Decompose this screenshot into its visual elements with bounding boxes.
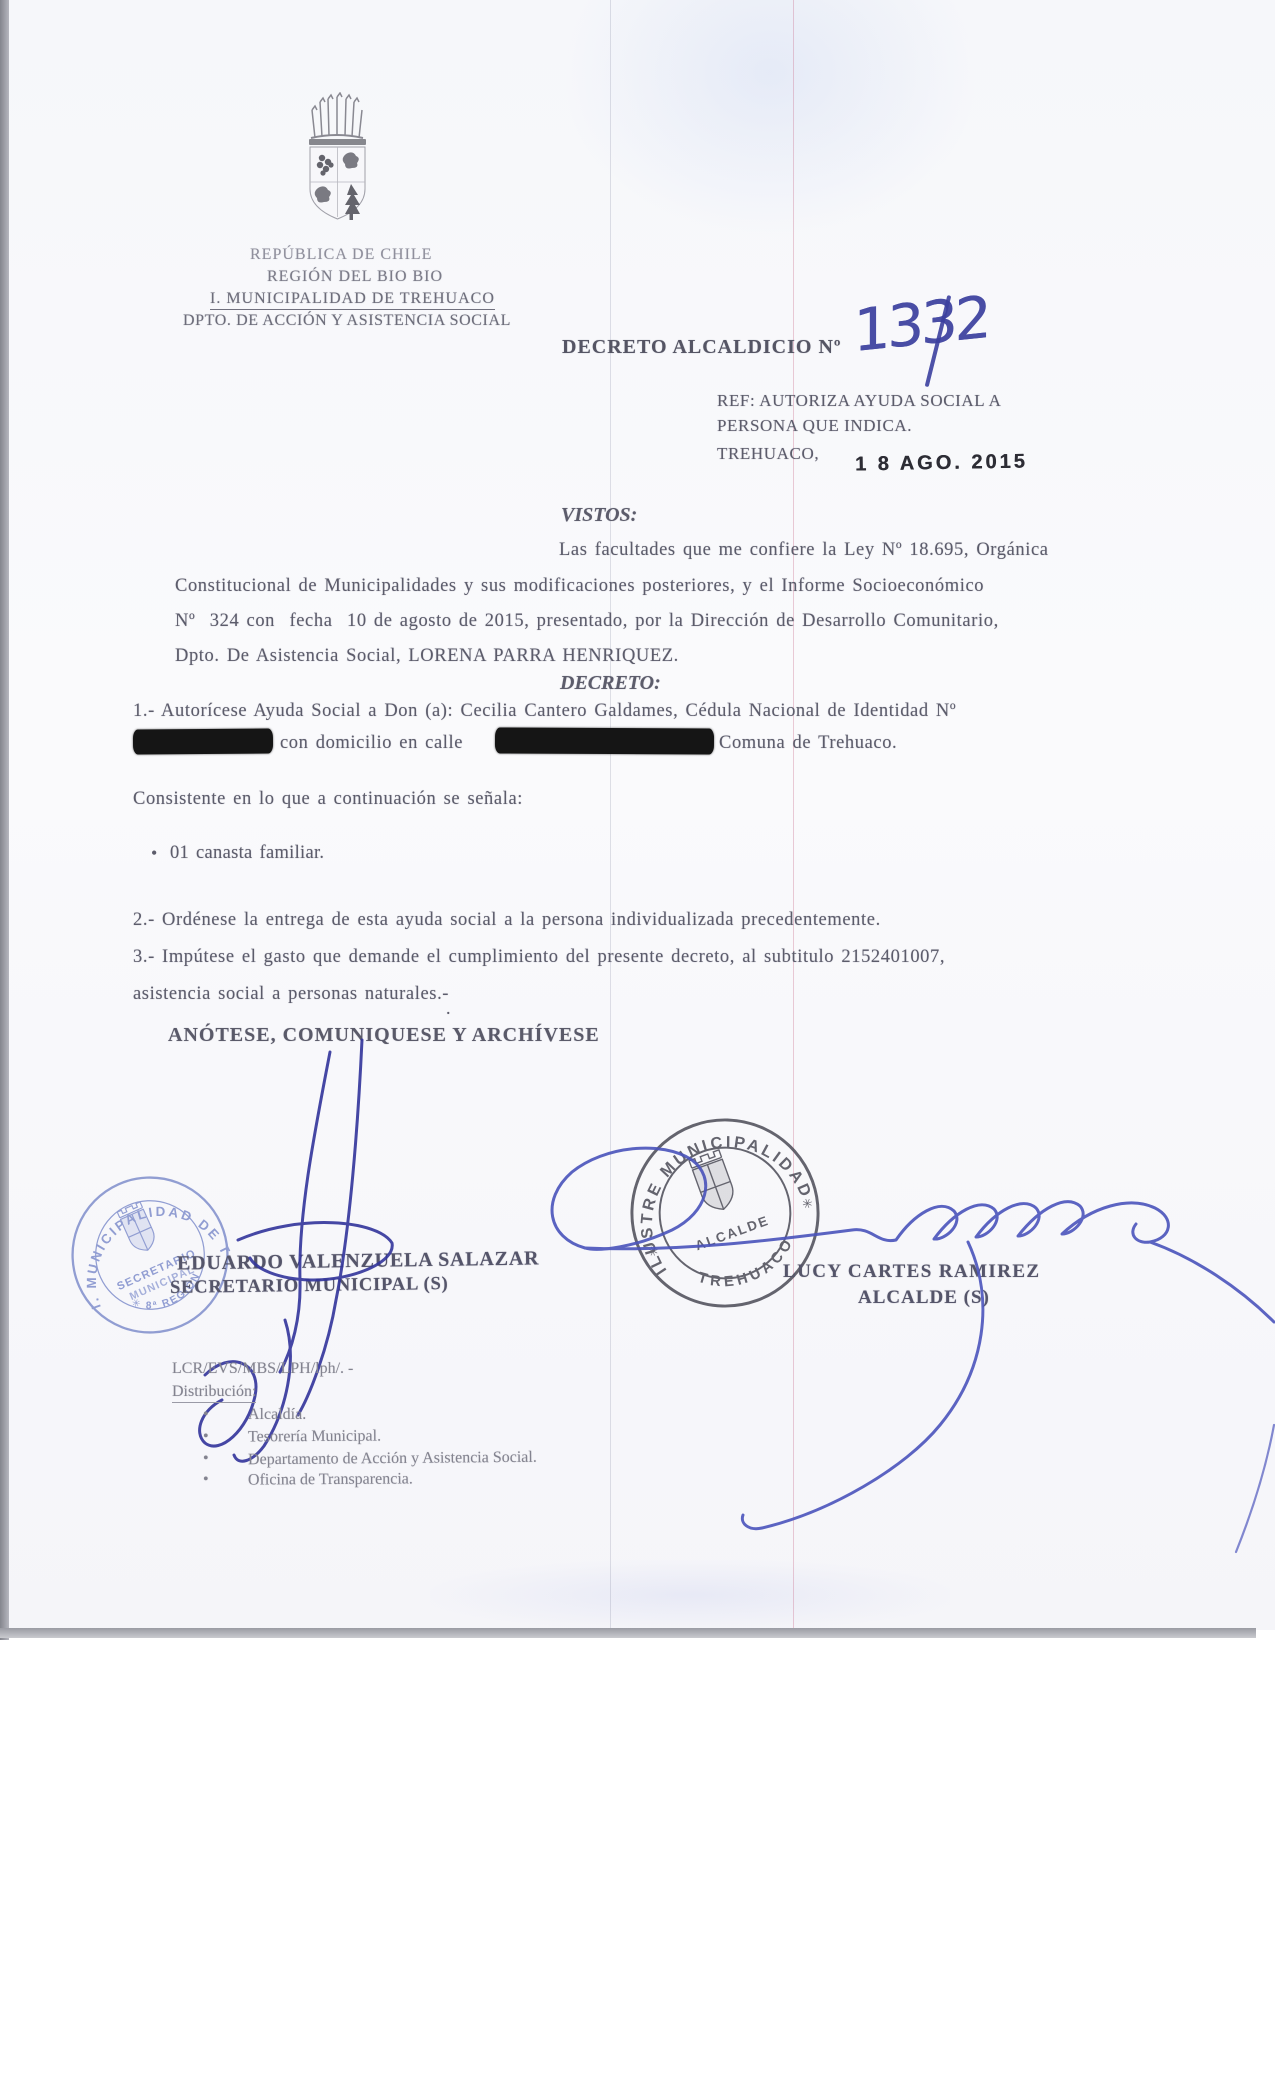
decreto-item1-line2-mid: con domicilio en calle (280, 733, 463, 754)
right-stamp-center-text: ALCALDE (693, 1213, 771, 1254)
letterhead-line4: DPTO. DE ACCIÓN Y ASISTENCIA SOCIAL (183, 312, 511, 330)
bullet-dot: • (203, 1471, 209, 1489)
bullet-dot: • (203, 1406, 209, 1424)
ref-line2: PERSONA QUE INDICA. (717, 416, 912, 436)
right-signature-strokes (552, 1148, 1274, 1552)
right-signer-role: ALCALDE (S) (858, 1287, 990, 1309)
decreto-item3-line1: 3.- Impútese el gasto que demande el cum… (133, 947, 945, 968)
redacted-address (495, 727, 714, 754)
fold-line-gray (610, 0, 611, 1630)
decree-title: DECRETO ALCALDICIO Nº (562, 336, 842, 359)
scan-artifact-mid (430, 1560, 950, 1630)
fold-line-pink (793, 0, 794, 1630)
decreto-item1-line1: 1.- Autorícese Ayuda Social a Don (a): C… (133, 701, 956, 722)
letterhead-line1: REPÚBLICA DE CHILE (250, 246, 432, 264)
vistos-line-3: Nº 324 con fecha 10 de agosto de 2015, p… (175, 611, 999, 632)
vistos-heading: VISTOS: (561, 504, 637, 527)
distribution-heading: Distribución: (172, 1383, 256, 1403)
vistos-line-1: Las facultades que me confiere la Ley Nº… (559, 540, 1049, 561)
handwritten-signatures (0, 1020, 1275, 1580)
left-stamp-bottom-text: ✳ 8ª REGIÓN ✳ (32, 1149, 212, 1345)
decreto-item1-line2-end: Comuna de Trehuaco. (719, 733, 897, 754)
coat-of-arms-icon (297, 92, 385, 234)
bullet-dot: • (203, 1450, 209, 1468)
left-signer-role: SECRETARIO MUNICIPAL (S) (170, 1274, 449, 1299)
decreto-item3-line2: asistencia social a personas naturales.- (133, 984, 449, 1005)
scanned-page: REPÚBLICA DE CHILE REGIÓN DEL BIO BIO I.… (0, 0, 1275, 1630)
bullet-dot: • (203, 1428, 209, 1446)
scan-background: REPÚBLICA DE CHILE REGIÓN DEL BIO BIO I.… (0, 0, 1275, 2100)
closing-line: ANÓTESE, COMUNIQUESE Y ARCHÍVESE (168, 1024, 600, 1047)
scan-artifact-top (560, 0, 980, 240)
left-signer-name: EDUARDO VALENZUELA SALAZAR (177, 1247, 540, 1275)
ref-line1: REF: AUTORIZA AYUDA SOCIAL A (717, 391, 1001, 411)
letterhead-line3: I. MUNICIPALIDAD DE TREHUACO (210, 290, 495, 310)
scan-bottom-shadow (0, 1628, 1256, 1638)
right-stamp-top-text: ILUSTRE MUNICIPALIDAD (612, 1107, 824, 1279)
decreto-item2: 2.- Ordénese la entrega de esta ayuda so… (133, 910, 881, 931)
vistos-line-2: Constitucional de Municipalidades y sus … (175, 576, 984, 597)
distribution-item-1: Alcaldía. (248, 1406, 306, 1424)
scan-left-edge (0, 0, 9, 1640)
right-signer-name: LUCY CARTES RAMIREZ (783, 1261, 1040, 1283)
stray-dot: . (446, 998, 451, 1019)
handwritten-decree-number: 1332 (853, 283, 988, 366)
decreto-heading: DECRETO: (560, 672, 661, 695)
svg-text:ILUSTRE MUNICIPALIDAD: ILUSTRE MUNICIPALIDAD (612, 1107, 824, 1279)
footer-initials: LCR/EVS/MBS/LPH/lph/. - (172, 1360, 353, 1378)
distribution-item-4: Oficina de Transparencia. (248, 1470, 413, 1489)
redacted-id-number (133, 729, 273, 755)
ref-city: TREHUACO, (717, 444, 819, 464)
consistente-line: Consistente en lo que a continuación se … (133, 789, 523, 810)
letterhead-line2: REGIÓN DEL BIO BIO (267, 268, 443, 286)
bullet-item: 01 canasta familiar. (170, 843, 324, 864)
right-stamp-star-right: ✳ (800, 1195, 815, 1213)
date-stamp: 1 8 AGO. 2015 (855, 450, 1028, 476)
bullet-dot: • (151, 843, 157, 864)
alcalde-stamp: ILUSTRE MUNICIPALIDAD TREHUACO ✳ ✳ ALCAL… (598, 1086, 852, 1340)
distribution-item-2: Tesorería Municipal. (248, 1428, 381, 1447)
right-stamp-star-left: ✳ (645, 1242, 660, 1260)
vistos-line-4: Dpto. De Asistencia Social, LORENA PARRA… (175, 646, 679, 667)
svg-text:✳ 8ª REGIÓN ✳: ✳ 8ª REGIÓN ✳ (32, 1149, 212, 1345)
distribution-item-3: Departamento de Acción y Asistencia Soci… (248, 1449, 537, 1470)
